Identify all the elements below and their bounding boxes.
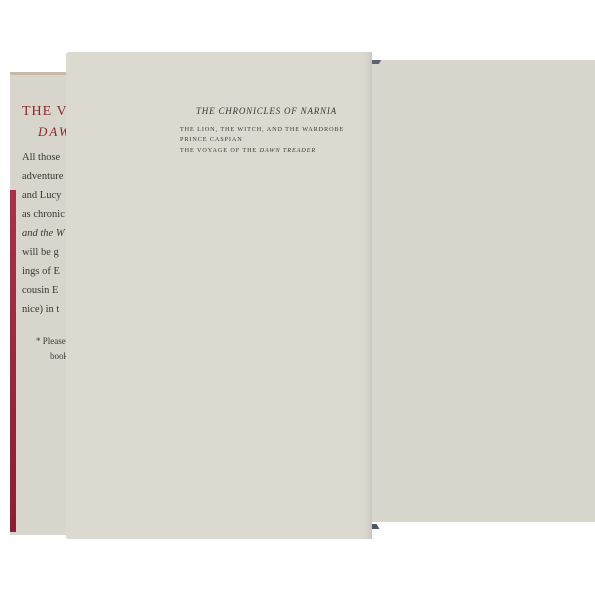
jacket-top-edge xyxy=(10,72,70,75)
flap-line: will be g xyxy=(22,247,66,258)
flap-line: and the W xyxy=(22,228,66,239)
flap-line: nice) in t xyxy=(22,304,66,315)
series-book-item: THE LION, THE WITCH, AND THE WARDROBE xyxy=(180,126,344,133)
series-title: THE CHRONICLES OF NARNIA xyxy=(196,106,337,116)
flap-footnote: book xyxy=(50,351,66,361)
flap-line: adventure xyxy=(22,171,66,182)
book-title-italic: DAWN TREADER xyxy=(260,147,316,154)
flap-line: cousin E xyxy=(22,285,66,296)
flap-line: All those xyxy=(22,152,66,163)
flap-title-line1: THE V xyxy=(22,104,66,120)
jacket-spine-red-edge xyxy=(10,190,16,532)
book-title-prefix: THE VOYAGE OF THE xyxy=(180,147,260,154)
series-book-item: PRINCE CASPIAN xyxy=(180,136,243,143)
right-page xyxy=(372,60,595,522)
book-photo: THE V DAW All those adventure and Lucy a… xyxy=(0,0,595,595)
flap-line: and Lucy xyxy=(22,190,66,201)
flap-line: ings of E xyxy=(22,266,66,277)
flap-line: as chronic xyxy=(22,209,66,220)
flap-footnote: * Please xyxy=(36,336,66,346)
series-book-item: THE VOYAGE OF THE DAWN TREADER xyxy=(180,147,316,154)
flap-title-line2: DAW xyxy=(38,124,66,140)
